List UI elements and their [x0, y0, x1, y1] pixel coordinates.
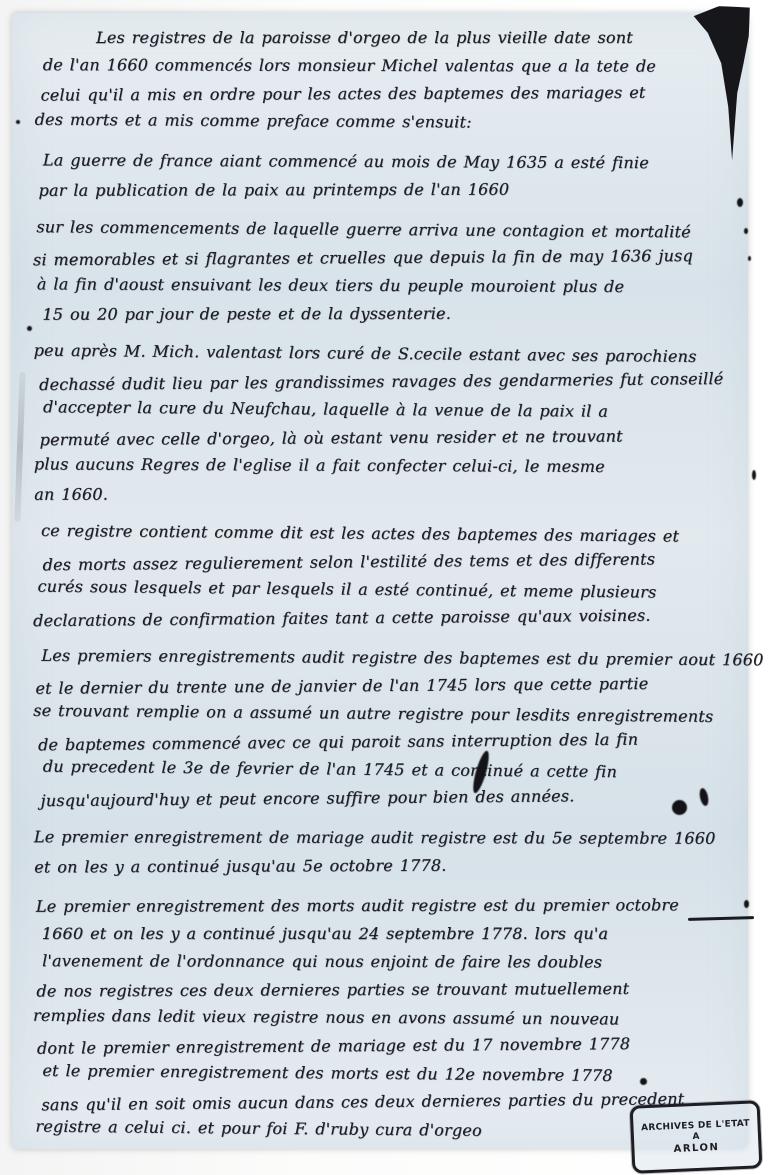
handwritten-line: si memorables et si flagrantes et cruell… — [33, 242, 733, 275]
handwritten-line: par la publication de la paix au printem… — [38, 175, 738, 205]
ink-blot — [672, 800, 687, 815]
handwritten-line: declarations de confirmation faites tant… — [33, 601, 733, 635]
handwritten-line: celui qu'il a mis en ordre pour les acte… — [41, 78, 741, 109]
stamp-line-2: A — [692, 1131, 699, 1141]
paragraph: ce registre contient comme dit est les a… — [38, 520, 738, 632]
handwritten-line: Le premier enregistrement de mariage aud… — [34, 823, 734, 853]
ink-speck — [737, 198, 743, 207]
handwritten-line: jusqu'aujourd'huy et peut encore suffire… — [40, 781, 740, 815]
ink-speck — [640, 1078, 647, 1085]
ink-speck — [748, 256, 751, 261]
handwritten-line: Le premier enregistrement des morts audi… — [36, 891, 736, 921]
handwritten-line: à la fin d'aoust ensuivant les deux tier… — [37, 270, 737, 301]
handwritten-line: an 1660. — [34, 479, 734, 509]
ink-speck — [752, 470, 756, 480]
handwritten-line: permuté avec celle d'orgeo, là où estant… — [40, 422, 740, 455]
paragraph: sur les commencements de laquelle guerre… — [38, 216, 738, 328]
handwritten-line: l'avenement de l'ordonnance qui nous enj… — [42, 947, 742, 977]
paragraph: La guerre de france aiant commencé au mo… — [38, 148, 738, 204]
handwritten-line: des morts et a mis comme preface comme s… — [35, 106, 735, 138]
ink-speck — [744, 228, 748, 234]
paragraph: Les premiers enregistrements audit regis… — [38, 644, 738, 812]
archive-stamp: ARCHIVES DE L'ETAT A ARLON — [630, 1100, 763, 1174]
ink-speck — [16, 120, 20, 124]
paragraph: Le premier enregistrement de mariage aud… — [38, 824, 738, 880]
handwritten-line: La guerre de france aiant commencé au mo… — [43, 146, 743, 177]
handwritten-line: plus aucuns Regres de l'eglise il a fait… — [34, 450, 734, 481]
handwritten-line: et on les y a continué jusqu'au 5e octob… — [34, 850, 734, 881]
handwritten-line: Les registres de la paroisse d'orgeo de … — [38, 24, 738, 52]
manuscript-text: Les registres de la paroisse d'orgeo de … — [38, 24, 738, 1144]
stamp-line-3: ARLON — [673, 1141, 719, 1154]
paragraph: Les registres de la paroisse d'orgeo de … — [38, 24, 738, 136]
paragraph: Le premier enregistrement des morts audi… — [38, 892, 738, 1144]
ink-speck — [744, 900, 749, 908]
handwritten-line: de l'an 1660 commencés lors monsieur Mic… — [43, 51, 743, 81]
paragraph: peu après M. Mich. valentast lors curé d… — [38, 340, 738, 508]
handwritten-line: 1660 et on les y a continué jusqu'au 24 … — [42, 920, 742, 948]
scanned-document: Les registres de la paroisse d'orgeo de … — [0, 0, 769, 1175]
handwritten-line: 15 ou 20 par jour de peste et de la dyss… — [42, 299, 742, 329]
ink-speck — [27, 326, 32, 331]
handwritten-line: de nos registres ces deux dernieres part… — [36, 974, 736, 1005]
